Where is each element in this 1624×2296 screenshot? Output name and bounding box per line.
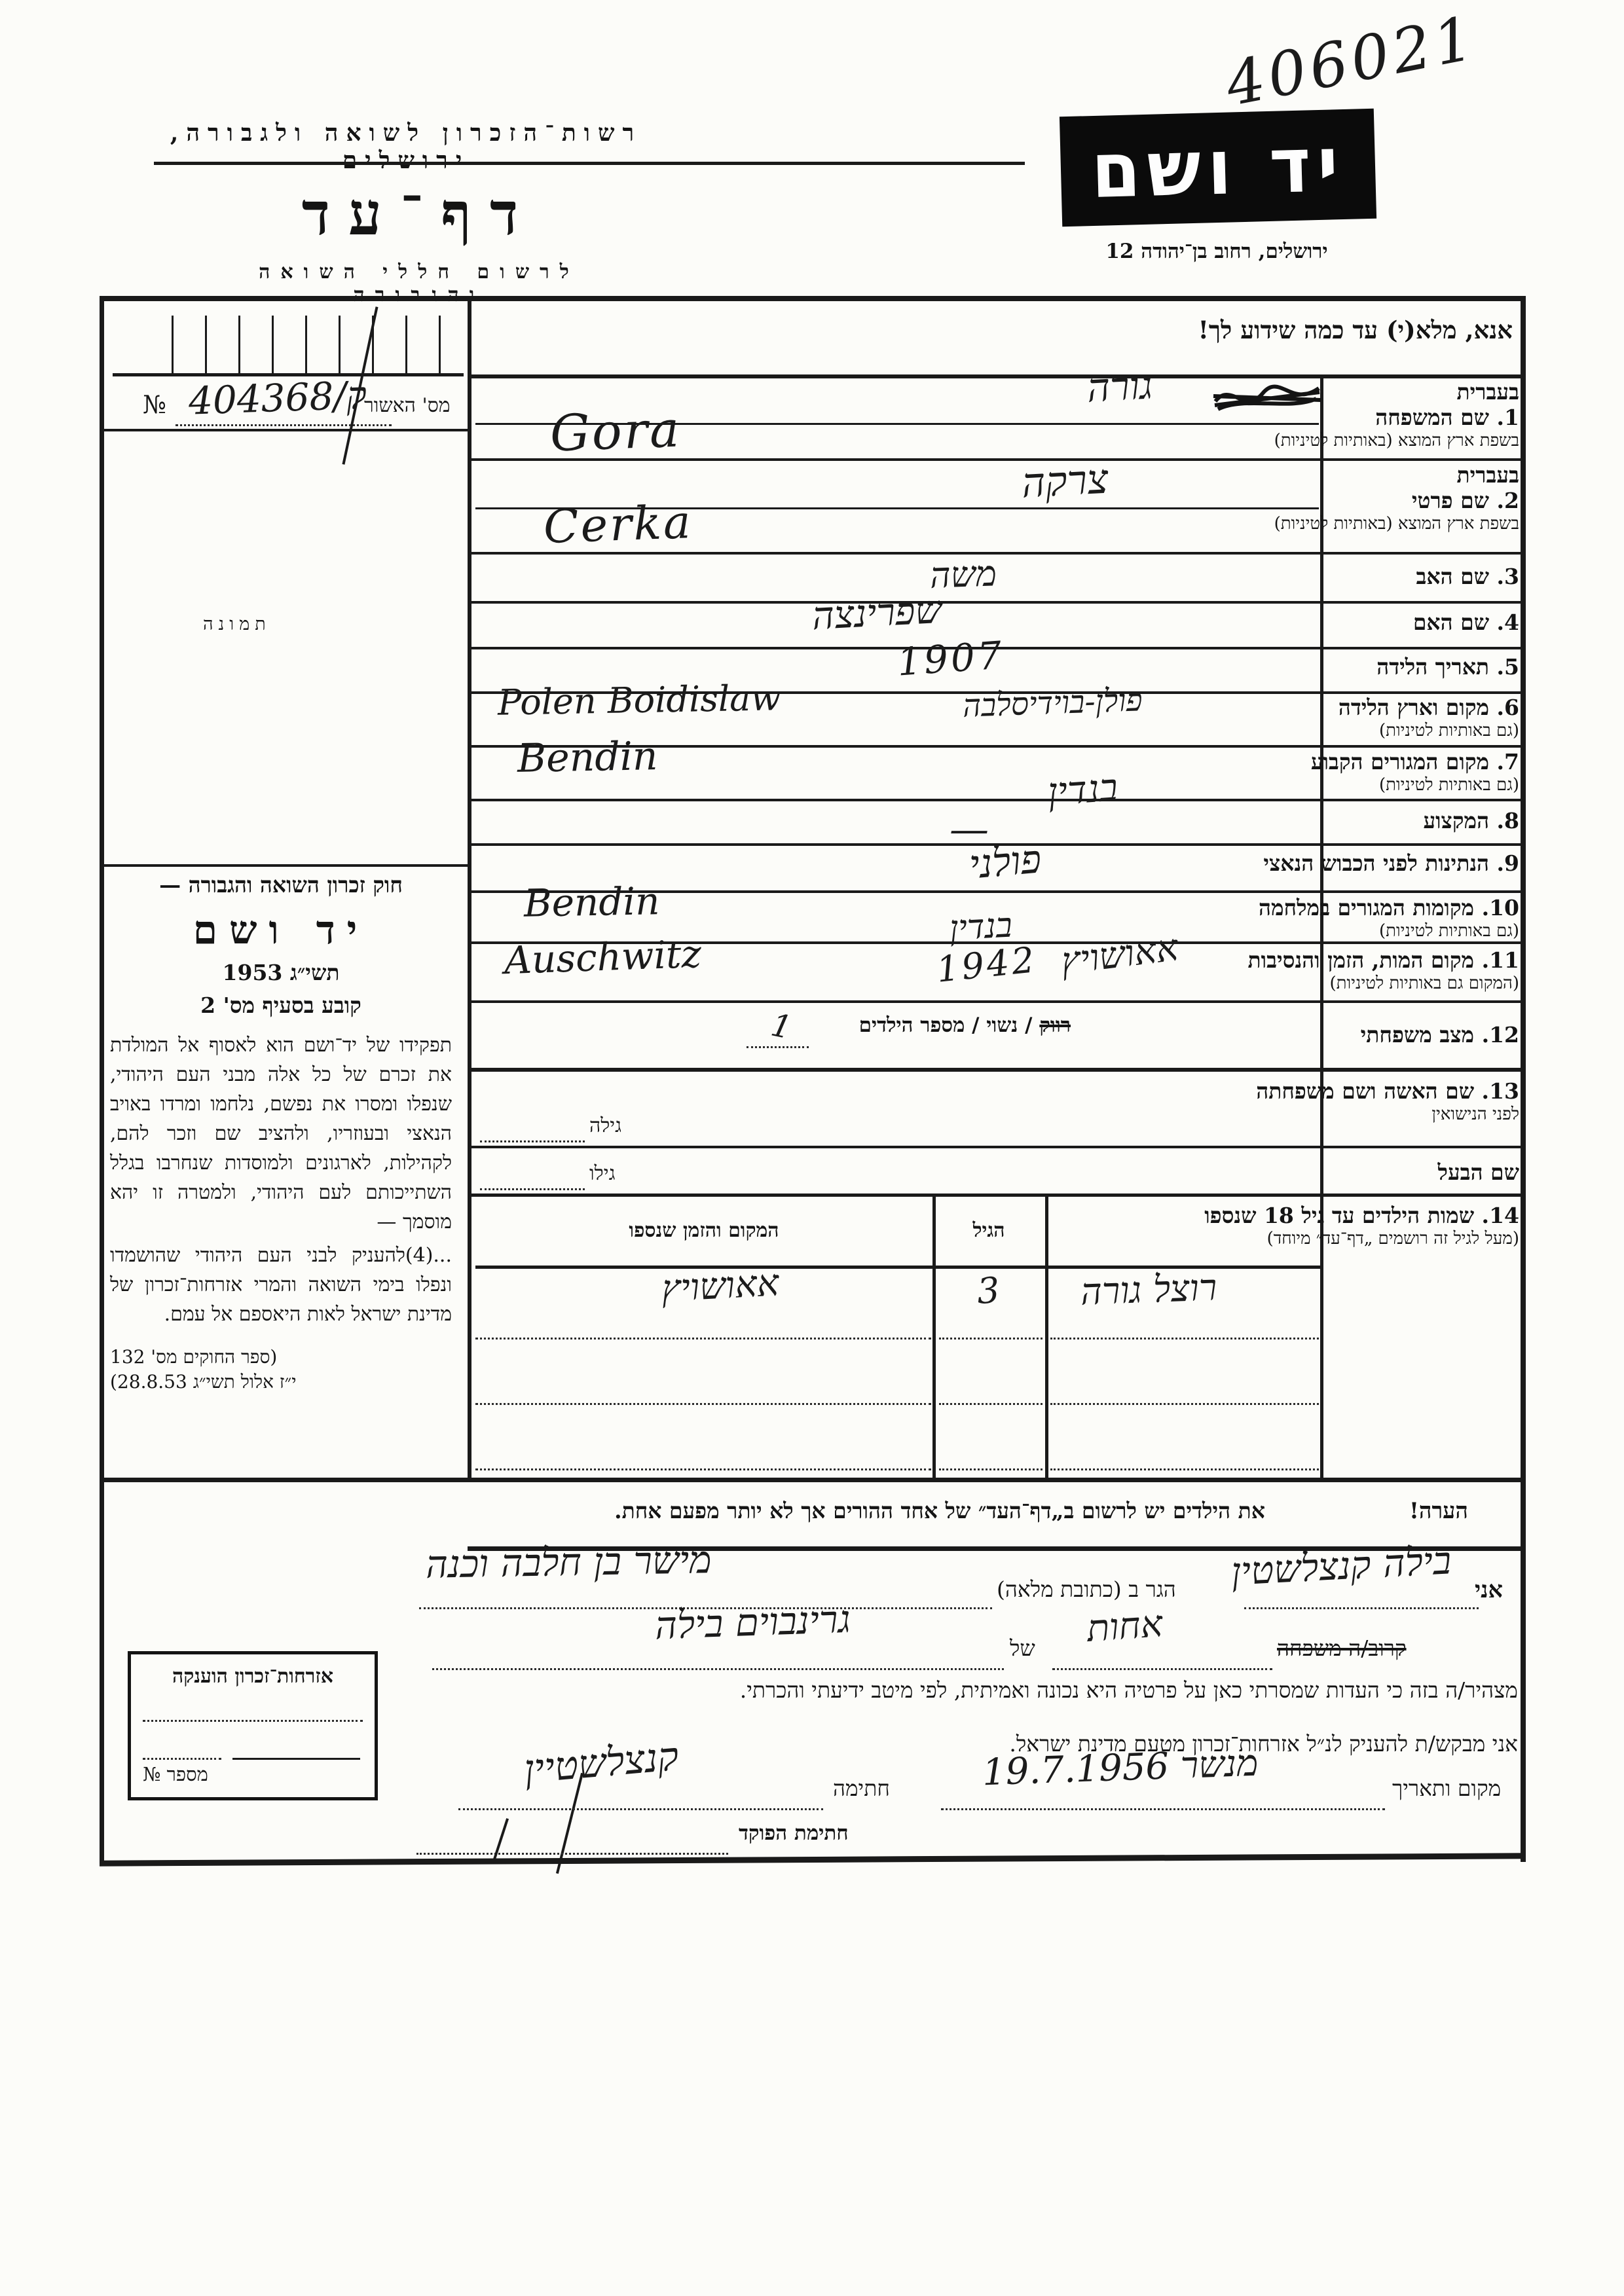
field7-answer-latin: Bendin — [517, 733, 658, 782]
option-separator: / — [1018, 1013, 1039, 1037]
children-row-dotted — [1050, 1468, 1319, 1470]
field5-label: 5. תאריך הלידה — [1376, 655, 1519, 680]
cert-number-handwritten: 404368/ק — [188, 373, 367, 423]
citizenship-granted-box: אזרחות־זכרון הוענקה מספר № — [128, 1651, 378, 1800]
field3-title: 3. שם האב — [1416, 564, 1519, 590]
children-table-divider — [932, 1195, 936, 1481]
tick — [405, 316, 407, 373]
child-row-place: אאושויץ — [660, 1262, 780, 1310]
field6-title: 6. מקום וארץ הלידה — [1338, 695, 1519, 721]
field1-answer-hebrew: גורה — [1086, 362, 1153, 411]
children-row-dotted — [475, 1468, 931, 1470]
children-col-place-header: המקום והזמן שנספו — [557, 1219, 851, 1242]
law-sidebar: חוק זכרון השואה והגבורה — יד ושם תשי״ג 1… — [110, 872, 452, 1393]
yad-vashem-logo-text: יד ושם — [1090, 120, 1346, 215]
cert-number-symbol: № — [143, 390, 166, 419]
field10-label: 10. מקומות המגורים במלחמה (גם באותיות לט… — [1259, 896, 1519, 941]
row-rule — [468, 799, 1526, 801]
relation-printed-struck: קרוב/ה משפחה — [1277, 1635, 1407, 1662]
children-col-age-header: הגיל — [936, 1219, 1041, 1242]
law-paragraph-1: תפקידו של יד־ושם הוא לאסוף אל המולדת את … — [110, 1030, 452, 1237]
field6-subtitle: (גם באותיות לטיניות) — [1338, 721, 1519, 741]
child-row-age: 3 — [976, 1269, 1001, 1312]
place-date-handwritten: מנשר 19.7.1956 — [982, 1742, 1259, 1795]
tick — [272, 316, 274, 373]
field12-answer: 1 — [768, 1006, 796, 1046]
field6-label: 6. מקום וארץ הלידה (גם באותיות לטיניות) — [1338, 695, 1519, 741]
field11-label: 11. מקום המות, הזמן והנסיבות (המקום גם ב… — [1248, 948, 1519, 994]
field9-label: 9. הנתינות לפני הכבוש הנאצי — [1263, 851, 1519, 877]
field14-label: 14. שמות הילדים עד גיל 18 שנספו (מעל לגי… — [1204, 1203, 1519, 1249]
field8-label: 8. המקצוע — [1423, 809, 1519, 834]
citizenship-dotted-line — [143, 1758, 221, 1760]
form-border-left — [100, 296, 104, 1862]
citizenship-number-label: מספר № — [143, 1763, 208, 1786]
row-rule — [468, 552, 1526, 555]
related-name-handwritten: גרינבוים בילה — [654, 1597, 851, 1648]
husband-age-label: גילו — [589, 1162, 615, 1185]
field11-answer-hebrew: אאושויץ — [1059, 926, 1181, 983]
field6-answer-hebrew: פולן-בוידיסלבה — [962, 682, 1143, 725]
crossed-out-word — [1211, 376, 1323, 418]
field11-title: 11. מקום המות, הזמן והנסיבות — [1248, 948, 1519, 974]
office-address: ירושלים, רחוב בן־יהודה 12 — [1046, 240, 1387, 263]
field11-answer-latin: Auschwitz — [504, 932, 702, 983]
citizenship-number-symbol: № — [143, 1763, 160, 1785]
field7-subtitle: (גם באותיות לטיניות) — [1311, 775, 1519, 795]
place-date-label: מקום ותאריך — [1392, 1776, 1501, 1802]
field2-answer-latin: Cerka — [543, 495, 693, 554]
declarant-address-handwritten: מישר בן חלבה וכנה — [425, 1537, 712, 1587]
law-title: חוק זכרון השואה והגבורה — — [110, 872, 452, 898]
declaration-i-label: אני — [1475, 1576, 1503, 1603]
children-row-dotted — [939, 1338, 1043, 1339]
field14-title: 14. שמות הילדים עד גיל 18 שנספו — [1204, 1203, 1519, 1229]
child-row-name: רוצל גורה — [1080, 1266, 1217, 1313]
children-row-dotted — [1050, 1338, 1319, 1339]
field2-label: בעברית 2. שם פרטי בשפת ארץ המוצא (באותיו… — [1274, 463, 1519, 534]
field10-title: 10. מקומות המגורים במלחמה — [1259, 896, 1519, 921]
photo-label: תמונה — [203, 614, 271, 634]
archive-number-handwritten: 406021 — [1220, 3, 1483, 120]
cert-number-label: מס' האשור — [364, 394, 451, 417]
note-top-rule — [100, 1478, 1526, 1482]
field4-title: 4. שם האם — [1413, 610, 1519, 636]
field13-title: 13. שם האשה ושם משפחתה — [1256, 1079, 1519, 1104]
field4-label: 4. שם האם — [1413, 610, 1519, 636]
field12-title: 12. מצב משפחתי — [1361, 1023, 1519, 1048]
declaration-statement: מצהיר/ה בזה כי העדות שמסרתי כאן על פרטיה… — [419, 1677, 1518, 1704]
husband-label: שם הבעל — [1438, 1160, 1519, 1186]
field2-language: בעברית — [1274, 463, 1519, 488]
photo-area-bottom-rule — [100, 864, 468, 867]
field10-subtitle: (גם באותיות לטיניות) — [1259, 921, 1519, 941]
signature-label: חתימה — [833, 1776, 890, 1802]
field7-title: 7. מקום המגורים הקבוע — [1311, 750, 1519, 775]
row-rule — [468, 1146, 1526, 1148]
tick — [238, 316, 240, 373]
citizenship-number-word: מספר — [167, 1763, 208, 1785]
citizenship-dotted-line — [143, 1720, 363, 1722]
declaration-dotted — [432, 1668, 1004, 1670]
field2-title: 2. שם פרטי — [1274, 488, 1519, 514]
option-separator-2: / — [965, 1013, 986, 1037]
signature-dotted-line — [458, 1808, 823, 1810]
field2-subtitle: בשפת ארץ המוצא (באותיות לטיניות) — [1274, 514, 1519, 534]
relation-handwritten: אחות — [1086, 1603, 1164, 1650]
citizenship-solid-line — [232, 1758, 360, 1760]
field13-subtitle: לפני הנישואין — [1256, 1104, 1519, 1125]
tick — [205, 316, 207, 373]
tick — [339, 316, 341, 373]
children-row-dotted — [939, 1468, 1043, 1470]
field13-label: 13. שם האשה ושם משפחתה לפני הנישואין — [1256, 1079, 1519, 1125]
note-text: את הילדים יש לרשום ב„דף־העד״ של אחד ההור… — [478, 1498, 1401, 1524]
field7-answer-hebrew: בנדין — [1046, 765, 1119, 814]
field2-answer-hebrew: צרקה — [1020, 455, 1109, 508]
instruction-bottom-rule — [468, 374, 1526, 378]
form-title: דף־עד — [249, 179, 589, 249]
field6-answer-latin: Polen Boidislaw — [497, 677, 781, 723]
field11-subtitle: (המקום גם באותיות לטיניות) — [1248, 974, 1519, 994]
left-column-separator — [468, 296, 471, 1481]
field4-answer: שפרינצה — [811, 587, 943, 638]
testimony-page-scan: 406021 רשות־הזכרון לשואה ולגבורה, ירושלי… — [0, 0, 1624, 2296]
declaration-dotted — [1052, 1668, 1272, 1670]
row-rule — [468, 1068, 1526, 1072]
children-row-dotted — [475, 1338, 931, 1339]
cert-number-dotted-line — [175, 424, 392, 426]
citizenship-box-title: אזרחות־זכרון הוענקה — [131, 1665, 375, 1688]
law-section: קובע בסעיף מס' 2 — [110, 993, 452, 1019]
field14-subtitle: (מעל לגיל זה רושמים „דף־עד״ מיוחד) — [1204, 1229, 1519, 1249]
form-border-right — [1521, 296, 1526, 1862]
tick — [439, 316, 441, 373]
field1-subtitle: בשפת ארץ המוצא (באותיות לטיניות) — [1274, 431, 1519, 451]
field5-title: 5. תאריך הלידה — [1376, 655, 1519, 680]
official-signature-stroke — [492, 1818, 509, 1864]
tick — [305, 316, 307, 373]
field9-answer: פולני — [967, 836, 1043, 888]
law-paragraph-2: ...(4)להעניק לבני העם היהודי שהושמדו ונפ… — [110, 1241, 452, 1329]
option-children-count: מספר הילדים — [859, 1013, 965, 1037]
note-label: הערה! — [1409, 1498, 1468, 1524]
children-row-dotted — [1050, 1403, 1319, 1405]
children-row-dotted — [939, 1403, 1043, 1405]
tick — [172, 316, 174, 373]
wife-age-dotted-line — [480, 1140, 585, 1142]
place-date-dotted-line — [941, 1808, 1385, 1810]
header-rule — [154, 162, 1025, 165]
field1-answer-latin: Gora — [549, 400, 682, 463]
cert-box-bottom-rule — [103, 429, 468, 431]
official-signature-label: חתימת הפוקד — [739, 1821, 849, 1845]
of-label: של — [1010, 1635, 1035, 1662]
law-source-2: י״ז אלול תשי״ג 28.8.53) — [110, 1371, 452, 1393]
field12-options: רווק / נשוי / מספר הילדים — [859, 1013, 1071, 1037]
authority-title: רשות־הזכרון לשואה ולגבורה, ירושלים — [111, 119, 701, 174]
form-border-bottom — [100, 1853, 1526, 1866]
option-married: נשוי — [986, 1013, 1018, 1037]
law-logo-text: יד ושם — [110, 907, 452, 953]
row-rule — [468, 1194, 1526, 1197]
field8-title: 8. המקצוע — [1423, 809, 1519, 834]
field3-label: 3. שם האב — [1416, 564, 1519, 590]
row-rule — [468, 1000, 1526, 1003]
wife-age-label: גילה — [589, 1114, 621, 1137]
form-border-top — [100, 296, 1526, 301]
official-signature-dotted-line — [416, 1853, 728, 1855]
children-row-dotted — [475, 1403, 931, 1405]
husband-title: שם הבעל — [1438, 1160, 1519, 1186]
option-single: רווק — [1039, 1013, 1071, 1037]
resident-label: הגר ב (כתובת מלאה) — [997, 1576, 1176, 1603]
field7-label: 7. מקום המגורים הקבוע (גם באותיות לטיניו… — [1311, 750, 1519, 795]
field9-title: 9. הנתינות לפני הכבוש הנאצי — [1263, 851, 1519, 877]
row-rule — [468, 601, 1526, 604]
field12-label: 12. מצב משפחתי — [1361, 1023, 1519, 1048]
field10-answer-latin: Bendin — [523, 879, 659, 926]
children-table-divider — [1045, 1195, 1048, 1481]
yad-vashem-logo: יד ושם — [1060, 109, 1376, 227]
law-year: תשי״ג 1953 — [110, 960, 452, 986]
declaration-dotted — [1244, 1607, 1479, 1609]
field5-answer: 1907 — [896, 632, 1006, 684]
law-source-1: (ספר החוקים מס' 132 — [110, 1346, 452, 1368]
husband-age-dotted-line — [480, 1188, 585, 1190]
children-count-dotted-line — [747, 1046, 809, 1048]
fill-instruction: אנא, מלא(י) עד כמה שידוע לך! — [812, 316, 1513, 345]
